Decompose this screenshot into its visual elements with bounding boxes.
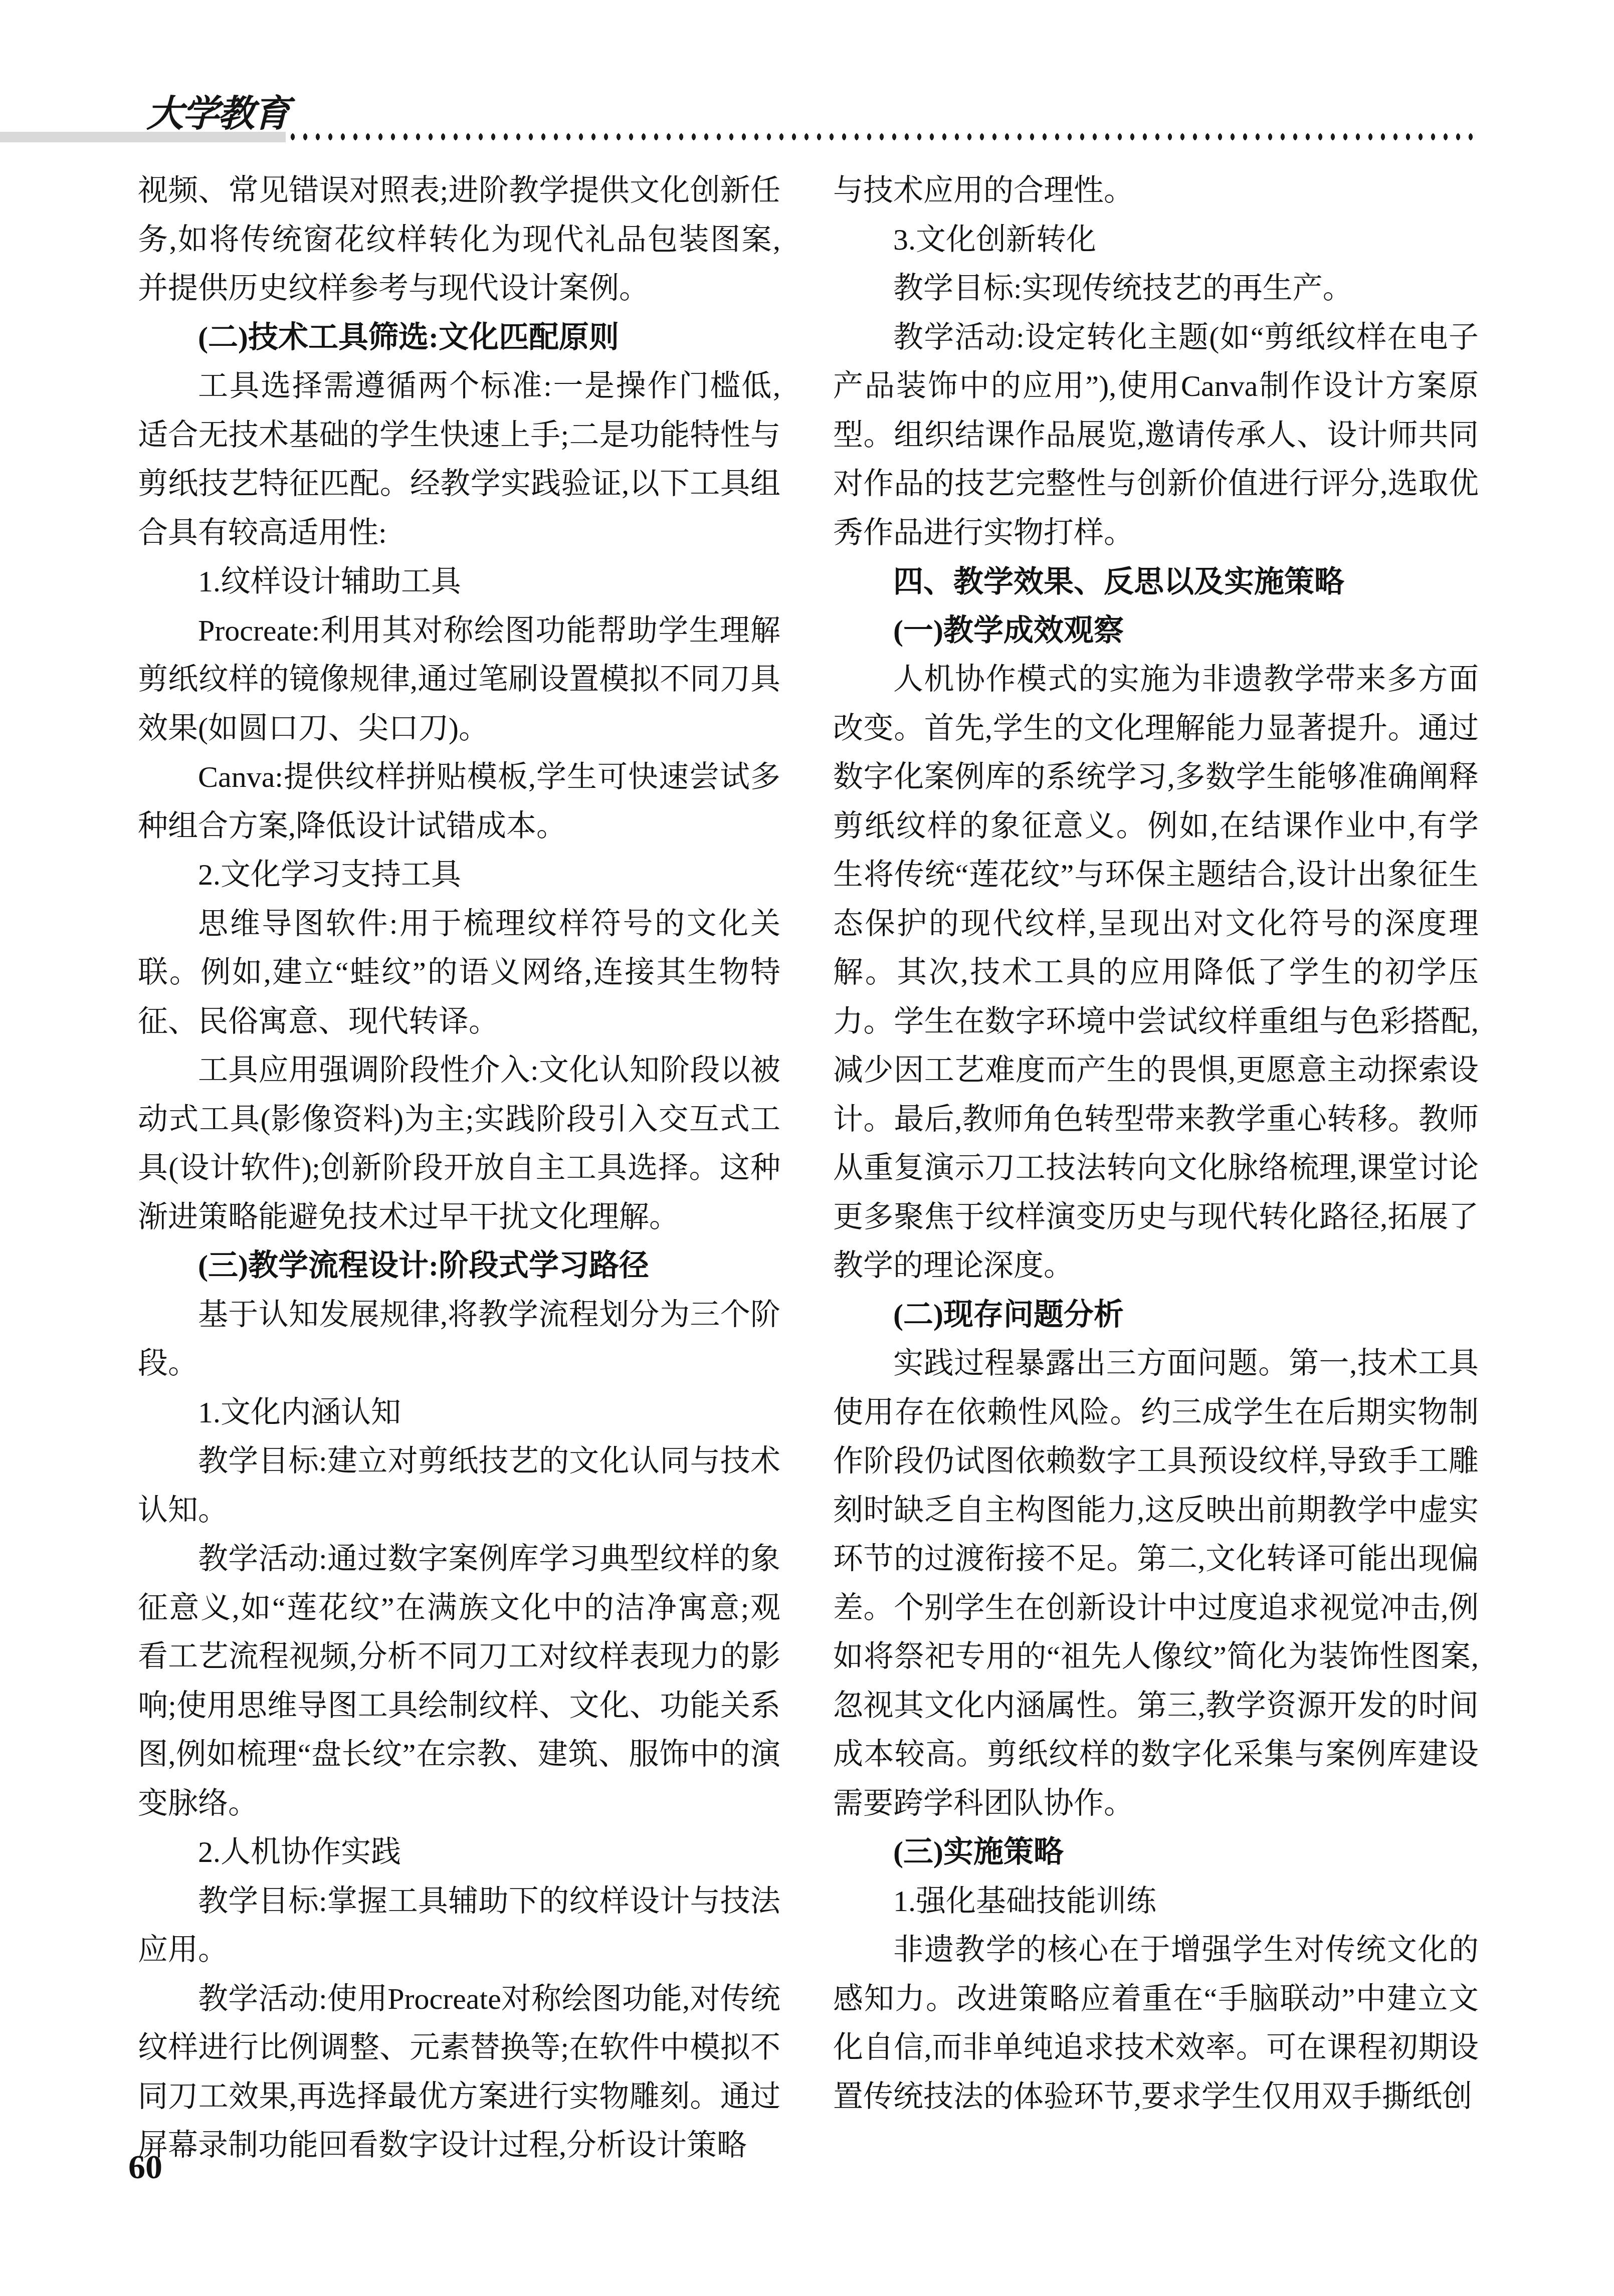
sub-heading: (二)技术工具筛选:文化匹配原则: [138, 313, 780, 362]
paragraph: 工具应用强调阶段性介入:文化认知阶段以被动式工具(影像资料)为主;实践阶段引入交…: [138, 1046, 780, 1241]
section-heading: 四、教学效果、反思以及实施策略: [833, 557, 1479, 606]
sub-heading: (一)教学成效观察: [833, 606, 1479, 656]
paragraph: 教学目标:掌握工具辅助下的纹样设计与技法应用。: [138, 1877, 780, 1975]
sub-heading: (三)实施策略: [833, 1828, 1479, 1877]
paragraph: 基于认知发展规律,将教学流程划分为三个阶段。: [138, 1291, 780, 1388]
sub-heading: (三)教学流程设计:阶段式学习路径: [138, 1241, 780, 1291]
paragraph: 教学活动:通过数字案例库学习典型纹样的象征意义,如“莲花纹”在满族文化中的洁净寓…: [138, 1535, 780, 1828]
paragraph: 思维导图软件:用于梳理纹样符号的文化关联。例如,建立“蛙纹”的语义网络,连接其生…: [138, 900, 780, 1047]
numbered-item-heading: 2.文化学习支持工具: [138, 851, 780, 900]
paragraph: 教学目标:建立对剪纸技艺的文化认同与技术认知。: [138, 1437, 780, 1535]
journal-page: 大学教育 视频、常见错误对照表;进阶教学提供文化创新任务,如将传统窗花纹样转化为…: [0, 0, 1614, 2296]
numbered-item-heading: 3.文化创新转化: [833, 216, 1479, 265]
paragraph: 实践过程暴露出三方面问题。第一,技术工具使用存在依赖性风险。约三成学生在后期实物…: [833, 1339, 1479, 1828]
numbered-item-heading: 1.强化基础技能训练: [833, 1877, 1479, 1926]
header-gray-bar: [0, 132, 286, 142]
left-column: 视频、常见错误对照表;进阶教学提供文化创新任务,如将传统窗花纹样转化为现代礼品包…: [138, 166, 780, 2170]
paragraph: 与技术应用的合理性。: [833, 166, 1479, 216]
right-column: 与技术应用的合理性。 3.文化创新转化 教学目标:实现传统技艺的再生产。 教学活…: [833, 166, 1479, 2121]
paragraph: 视频、常见错误对照表;进阶教学提供文化创新任务,如将传统窗花纹样转化为现代礼品包…: [138, 166, 780, 313]
paragraph: Procreate:利用其对称绘图功能帮助学生理解剪纸纹样的镜像规律,通过笔刷设…: [138, 606, 780, 753]
journal-masthead-logo: 大学教育: [146, 84, 289, 137]
paragraph: 教学活动:使用Procreate对称绘图功能,对传统纹样进行比例调整、元素替换等…: [138, 1975, 780, 2170]
numbered-item-heading: 1.纹样设计辅助工具: [138, 557, 780, 606]
numbered-item-heading: 1.文化内涵认知: [138, 1388, 780, 1437]
paragraph: 工具选择需遵循两个标准:一是操作门槛低,适合无技术基础的学生快速上手;二是功能特…: [138, 362, 780, 557]
paragraph: 教学目标:实现传统技艺的再生产。: [833, 264, 1479, 313]
page-number: 60: [128, 2147, 162, 2187]
sub-heading: (二)现存问题分析: [833, 1291, 1479, 1340]
paragraph: 教学活动:设定转化主题(如“剪纸纹样在电子产品装饰中的应用”),使用Canva制…: [833, 313, 1479, 558]
header-dotted-rule: [290, 132, 1479, 141]
numbered-item-heading: 2.人机协作实践: [138, 1828, 780, 1877]
paragraph: 人机协作模式的实施为非遗教学带来多方面改变。首先,学生的文化理解能力显著提升。通…: [833, 655, 1479, 1291]
paragraph: 非遗教学的核心在于增强学生对传统文化的感知力。改进策略应着重在“手脑联动”中建立…: [833, 1926, 1479, 2121]
paragraph: Canva:提供纹样拼贴模板,学生可快速尝试多种组合方案,降低设计试错成本。: [138, 753, 780, 851]
